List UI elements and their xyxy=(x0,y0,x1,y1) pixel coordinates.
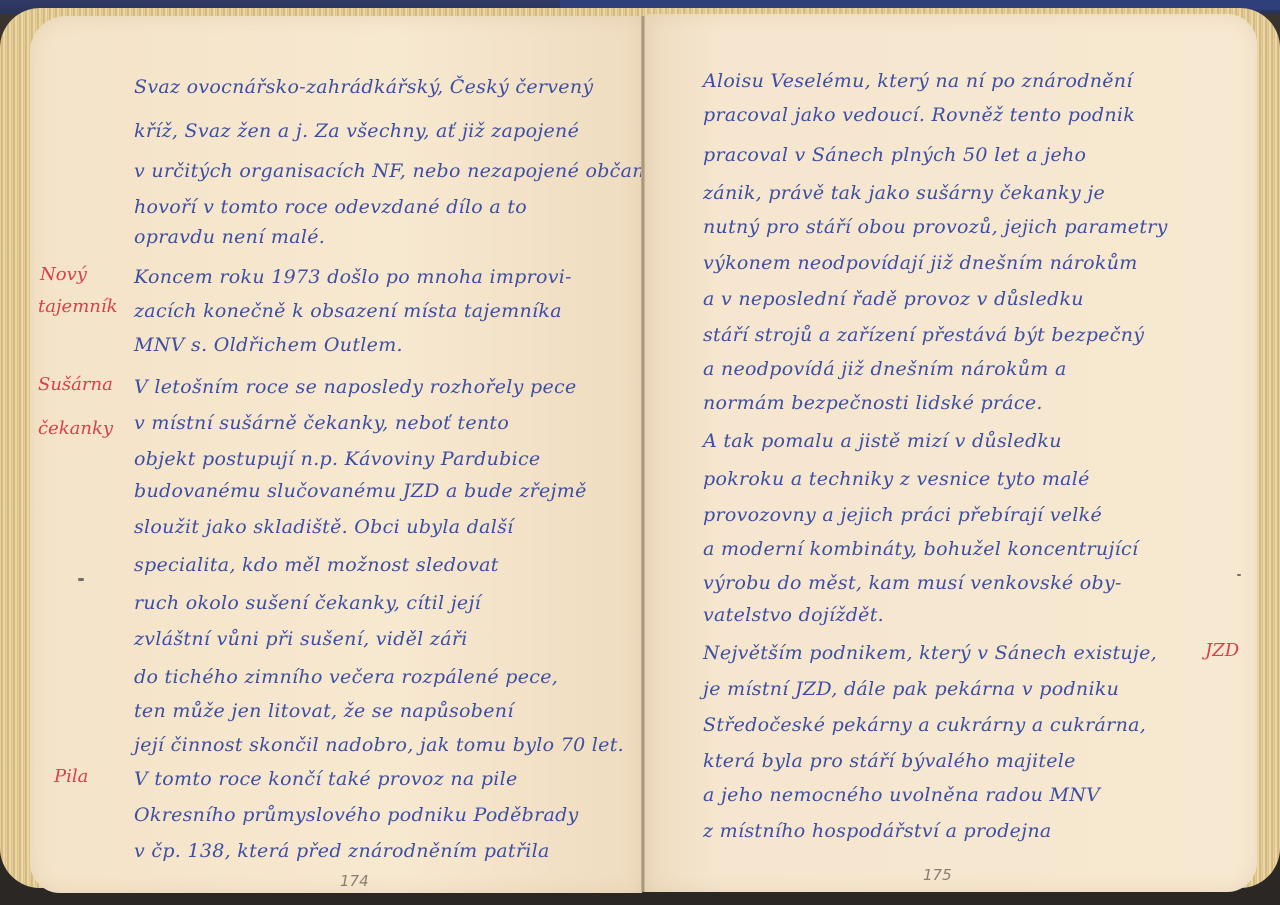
text-line: nutný pro stáří obou provozů, jejich par… xyxy=(703,218,1168,237)
text-line: zánik, právě tak jako sušárny čekanky je xyxy=(703,184,1105,203)
text-line: opravdu není malé. xyxy=(134,228,325,247)
ink-spot xyxy=(1237,574,1241,576)
text-line: a v neposlední řadě provoz v důsledku xyxy=(703,290,1084,309)
text-line: normám bezpečnosti lidské práce. xyxy=(703,394,1043,413)
left-page: Nový tajemník Sušárna čekanky Pila Svaz … xyxy=(30,16,642,893)
text-line: V tomto roce končí také provoz na pile xyxy=(134,770,518,789)
text-line: Středočeské pekárny a cukrárny a cukrárn… xyxy=(703,716,1146,735)
text-line: objekt postupují n.p. Kávoviny Pardubice xyxy=(134,450,540,469)
text-line: pokroku a techniky z vesnice tyto malé xyxy=(703,470,1090,489)
text-line: v místní sušárně čekanky, neboť tento xyxy=(134,414,509,433)
margin-note: tajemník xyxy=(38,298,118,316)
margin-note: Nový xyxy=(40,266,87,284)
margin-note: Pila xyxy=(54,768,88,786)
right-page: JZD Aloisu Veselému, který na ní po znár… xyxy=(645,14,1257,892)
margin-note: čekanky xyxy=(38,420,113,438)
text-line: výkonem neodpovídají již dnešním nárokům xyxy=(703,254,1138,273)
text-line: v určitých organisacích NF, nebo nezapoj… xyxy=(134,162,656,181)
text-line: hovoří v tomto roce odevzdané dílo a to xyxy=(134,198,527,217)
page-number: 175 xyxy=(923,866,952,884)
text-line: pracoval v Sánech plných 50 let a jeho xyxy=(703,146,1086,165)
text-line: zacích konečně k obsazení místa tajemník… xyxy=(134,302,562,321)
text-line: Okresního průmyslového podniku Poděbrady xyxy=(134,806,579,825)
text-line: stáří strojů a zařízení přestává být bez… xyxy=(703,326,1144,345)
text-line: provozovny a jejich práci přebírají velk… xyxy=(703,506,1102,525)
text-line: Největším podnikem, který v Sánech exist… xyxy=(703,644,1157,663)
margin-note: JZD xyxy=(1205,642,1239,660)
text-line: z místního hospodářství a prodejna xyxy=(703,822,1052,841)
text-line: zvláštní vůni při sušení, viděl záři xyxy=(134,630,468,649)
text-line: kříž, Svaz žen a j. Za všechny, ať již z… xyxy=(134,122,579,141)
text-line: budovanému slučovanému JZD a bude zřejmě xyxy=(134,482,587,501)
text-line: je místní JZD, dále pak pekárna v podnik… xyxy=(703,680,1119,699)
text-line: MNV s. Oldřichem Outlem. xyxy=(134,336,403,355)
text-line: Svaz ovocnářsko-zahrádkářský, Český červ… xyxy=(134,78,593,97)
text-line: pracoval jako vedoucí. Rovněž tento podn… xyxy=(703,106,1135,125)
text-line: V letošním roce se naposledy rozhořely p… xyxy=(134,378,577,397)
text-line: vatelstvo dojíždět. xyxy=(703,606,884,625)
text-line: ten může jen litovat, že se napůsobení xyxy=(134,702,514,721)
text-line: v čp. 138, která před znárodněním patřil… xyxy=(134,842,550,861)
text-line: která byla pro stáří bývalého majitele xyxy=(703,752,1076,771)
text-line: a jeho nemocného uvolněna radou MNV xyxy=(703,786,1100,805)
text-line: Aloisu Veselému, který na ní po znárodně… xyxy=(703,72,1133,91)
text-line: a neodpovídá již dnešním nárokům a xyxy=(703,360,1067,379)
page-number: 174 xyxy=(340,872,369,890)
text-line: výrobu do měst, kam musí venkovské oby- xyxy=(703,574,1122,593)
text-line: A tak pomalu a jistě mizí v důsledku xyxy=(703,432,1062,451)
text-line: do tichého zimního večera rozpálené pece… xyxy=(134,668,558,687)
text-line: a moderní kombináty, bohužel koncentrují… xyxy=(703,540,1138,559)
text-line: ruch okolo sušení čekanky, cítil její xyxy=(134,594,481,613)
open-notebook: Nový tajemník Sušárna čekanky Pila Svaz … xyxy=(0,6,1280,896)
text-line: její činnost skončil nadobro, jak tomu b… xyxy=(134,736,624,755)
ink-spot xyxy=(78,578,84,581)
text-line: specialita, kdo měl možnost sledovat xyxy=(134,556,499,575)
text-line: Koncem roku 1973 došlo po mnoha improvi- xyxy=(134,268,572,287)
margin-note: Sušárna xyxy=(38,376,113,394)
text-line: sloužit jako skladiště. Obci ubyla další xyxy=(134,518,514,537)
